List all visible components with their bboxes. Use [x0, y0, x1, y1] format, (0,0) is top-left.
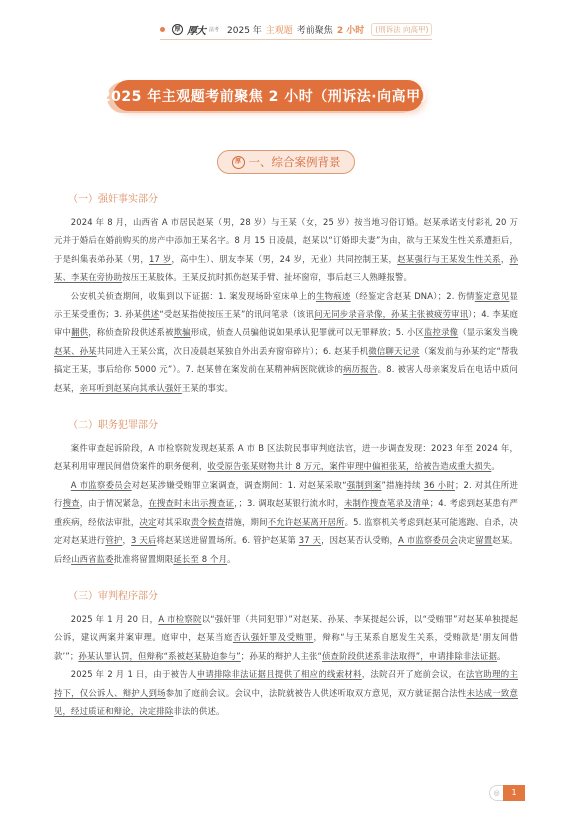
bullet-dot-icon	[160, 27, 165, 32]
underlined-text: 微信聊天记录	[368, 346, 419, 356]
text-run: 参加了庭前会议。会议中，法院就被告人供述听取双方意见，双方就证据合法性	[166, 688, 467, 698]
text-run: 共同进入王某公寓，次日凌晨赵某独自外出丢弃窗帘碎片）；6. 赵某手机	[97, 346, 369, 356]
brand-sub: 法考	[209, 26, 219, 33]
text-run: “受赵某指使按压王某”的讯问笔录（该讯	[159, 309, 314, 319]
text-run: 2025 年 2 月 1 日，由于被告人	[71, 669, 197, 679]
underlined-text: 山西省监委	[71, 554, 114, 564]
text-run: ”措施持续	[382, 480, 424, 490]
brand-logo-icon: 厚	[172, 24, 183, 35]
text-run: ，法院召开了庭前会议，在	[362, 669, 466, 679]
paragraph: 2025 年 1 月 20 日，A 市检察院以“强奸罪（共同犯罪）”对赵某、孙某…	[54, 610, 518, 665]
header-middle: 考前聚焦	[297, 23, 333, 36]
paragraph: 2024 年 8 月，山西省 A 市居民赵某（男，28 岁）与王某（女，25 岁…	[54, 213, 518, 287]
text-run: ，高中生）、朋友李某（男，24 岁，无业）共同控制王某，	[172, 254, 398, 264]
paragraph: 案件审查起诉阶段，A 市检察院发现赵某系 A 市 B 区法院民事审判庭法官，进一…	[54, 439, 518, 476]
text-run: 。	[497, 651, 506, 661]
text-run: 公安机关侦查期间，收集到以下证据：1. 案发现场卧室床单上的	[71, 291, 316, 301]
text-run: ，称侦查阶段供述系被	[88, 327, 173, 337]
underlined-text: A 市检察院	[158, 614, 201, 624]
text-run: （经鉴定含赵某 DNA）；2. 伤情	[351, 291, 475, 301]
text-run: 对其采取	[157, 517, 191, 527]
text-run: ；孙某的辩护人主张“	[241, 651, 322, 661]
text-run: 非法的供述。	[173, 706, 224, 716]
underlined-text: A 市监察委员会	[71, 480, 132, 490]
text-run: 王某的事实。	[182, 383, 233, 393]
underlined-text: 孙某认罪认罚，但辩称“系被赵某胁迫参与”	[78, 651, 240, 661]
text-run: ，由于情况紧急，	[80, 498, 149, 508]
underlined-text: 病历报告	[343, 364, 377, 374]
part-heading: （三）审判程序部分	[68, 590, 518, 604]
underlined-text: 生物痕迹	[316, 291, 351, 301]
header-subtitle: (刑诉法 向高甲)	[371, 23, 432, 36]
text-run: 2025 年 1 月 20 日，	[71, 614, 159, 624]
underlined-text: 鉴定意见	[475, 291, 510, 301]
underlined-text: 收受原告张某财物共计 8 万元，案件审理中偏袒张某，给被告造成重大损失	[207, 461, 491, 471]
running-header: 厚 厚大 法考 2025 年 主观题 考前聚焦 2 小时 (刑诉法 向高甲)	[160, 22, 432, 40]
page-title: 2025 年主观题考前聚焦 2 小时（刑诉法·向高甲）	[113, 80, 423, 111]
part-duty-crime: （二）职务犯罪部分 案件审查起诉阶段，A 市检察院发现赵某系 A 市 B 区法院…	[54, 419, 518, 568]
document-body: （一）强奸事实部分 2024 年 8 月，山西省 A 市居民赵某（男，28 岁）…	[54, 193, 518, 720]
underlined-text: 赵某、孙某	[54, 346, 97, 356]
underlined-text: 3 天后	[131, 535, 156, 545]
text-run: 将赵某送进留置场所。6. 管护赵某第	[156, 535, 298, 545]
part-heading: （一）强奸事实部分	[68, 193, 518, 207]
underlined-text: 欺骗	[174, 327, 191, 337]
page-number: 1	[503, 785, 525, 801]
part-trial-procedure: （三）审判程序部分 2025 年 1 月 20 日，A 市检察院以“强奸罪（共同…	[54, 590, 518, 720]
text-run: ，因赵某否认受贿，	[321, 535, 398, 545]
underlined-text: 亲耳听到赵某向其承认强奸	[80, 383, 182, 393]
underlined-text: 侦查阶段供述系非法取得”，申请排除非法证据	[322, 651, 497, 661]
header-bold: 2 小时	[337, 23, 364, 36]
underlined-text: 否认强奸罪及受贿罪	[233, 632, 314, 642]
section-heading: 厚 一、综合案例背景	[217, 150, 355, 174]
underlined-text: 17 岁	[149, 254, 172, 264]
underlined-text: 留置	[475, 535, 492, 545]
part-heading: （二）职务犯罪部分	[68, 419, 518, 433]
paragraph: 2025 年 2 月 1 日，由于被告人申请排除非法证据且提供了相应的线索材料，…	[54, 665, 518, 720]
header-accent: 主观题	[266, 23, 293, 36]
text-run: 措施，期间	[225, 517, 268, 527]
underlined-text: 未制作搜查笔录及清单	[344, 498, 430, 508]
footer-logo-icon: ◎	[489, 785, 503, 801]
page-footer: ◎ 1	[489, 785, 525, 801]
text-run: 批准将留置期限	[114, 554, 174, 564]
text-run: 。	[491, 461, 500, 471]
header-year: 2025 年	[227, 23, 262, 36]
underlined-text: 决定	[139, 517, 156, 527]
text-run: ，；3. 调取赵某银行流水时，	[234, 498, 344, 508]
section-heading-label: 一、综合案例背景	[249, 154, 341, 170]
underlined-text: 问无同步录音录像，孙某主张被疲劳审讯	[314, 309, 468, 319]
underlined-text: 管护	[105, 535, 122, 545]
text-run: （显示案发当晚	[458, 327, 518, 337]
brand-logo-icon: 厚	[232, 156, 245, 169]
underlined-text: 监控录像	[424, 327, 458, 337]
underlined-text: 供述	[142, 309, 159, 319]
brand-name: 厚大	[187, 22, 205, 37]
underlined-text: 在搜查时未出示搜查证	[148, 498, 234, 508]
underlined-text: 不允许赵某离开居所	[268, 517, 345, 527]
underlined-text: 强制到案	[347, 480, 382, 490]
underlined-text: 责令候查	[191, 517, 225, 527]
underlined-text: A 市监察委员会	[398, 535, 458, 545]
paragraph: 公安机关侦查期间，收集到以下证据：1. 案发现场卧室床单上的生物痕迹（经鉴定含赵…	[54, 287, 518, 397]
underlined-text: 赵某强行与王某发生性关系	[397, 254, 501, 264]
underlined-text: 翻供	[71, 327, 88, 337]
underlined-text: 延长至 8 个月	[173, 554, 227, 564]
underlined-text: 搜查	[63, 498, 80, 508]
paragraph: A 市监察委员会对赵某涉嫌受贿罪立案调查，调查期间：1. 对赵某采取“强制到案”…	[54, 476, 518, 568]
text-run: 按压王某肢体。王某反抗时抓伤赵某手臂、扯坏窗帘，事后赵三人熟睡报警。	[122, 272, 412, 282]
underlined-text: 37 天	[299, 535, 321, 545]
text-run: 对赵某涉嫌受贿罪立案调查，调查期间：1. 对赵某采取“	[132, 480, 347, 490]
text-run: ，	[122, 535, 131, 545]
underlined-text: 申请排除非法证据且提供了相应的线索材料	[197, 669, 362, 679]
part-facts: （一）强奸事实部分 2024 年 8 月，山西省 A 市居民赵某（男，28 岁）…	[54, 193, 518, 397]
text-run: 形成，侦查人员骗他说如果承认犯罪就可以无罪释放；5. 小区	[191, 327, 424, 337]
text-run: 决定	[458, 535, 475, 545]
underlined-text: 36 小时	[424, 480, 455, 490]
text-run: 。	[227, 554, 236, 564]
